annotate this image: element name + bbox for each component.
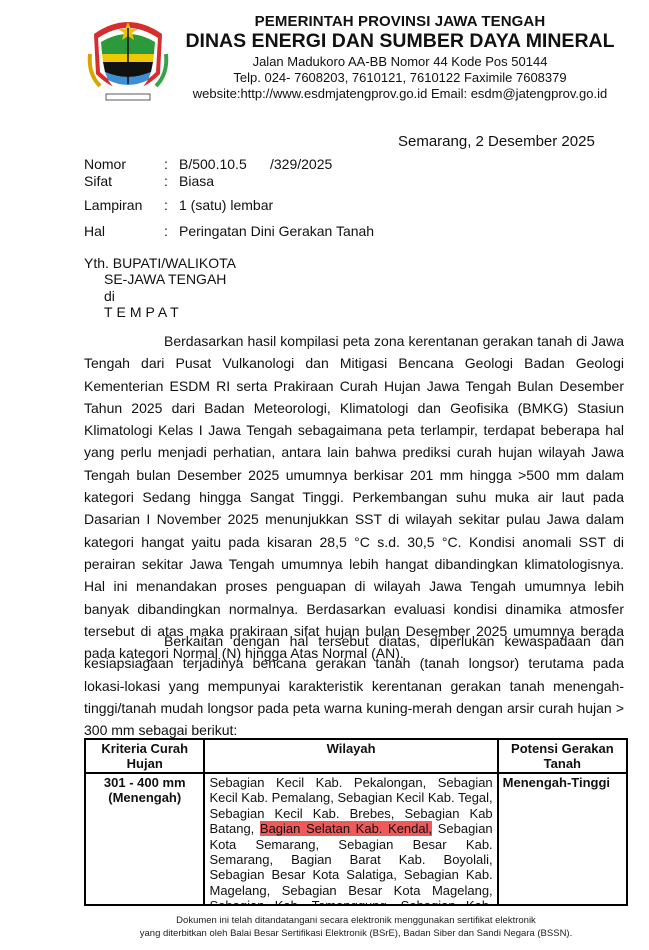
footer-line2: yang diterbitkan oleh Balai Besar Sertif… — [84, 927, 628, 940]
header-potensi: Potensi Gerakan Tanah — [498, 739, 627, 773]
cell-kriteria: 301 - 400 mm (Menengah) — [85, 773, 204, 906]
cell-wilayah: Sebagian Kecil Kab. Pekalongan, Sebagian… — [204, 773, 497, 906]
table-bottom-border — [84, 904, 628, 906]
header-wilayah: Wilayah — [204, 739, 497, 773]
kriteria-range: 301 - 400 mm — [90, 775, 199, 790]
e-signature-footer: Dokumen ini telah ditandatangani secara … — [84, 914, 628, 940]
kriteria-category: (Menengah) — [90, 790, 199, 805]
cell-potensi: Menengah-Tinggi — [498, 773, 627, 906]
footer-line1: Dokumen ini telah ditandatangani secara … — [84, 914, 628, 927]
rainfall-criteria-table: Kriteria Curah Hujan Wilayah Potensi Ger… — [84, 738, 628, 906]
wilayah-highlight: Bagian Selatan Kab. Kendal, — [260, 821, 432, 836]
header-kriteria: Kriteria Curah Hujan — [85, 739, 204, 773]
table-row: 301 - 400 mm (Menengah) Sebagian Kecil K… — [85, 773, 627, 906]
table-header-row: Kriteria Curah Hujan Wilayah Potensi Ger… — [85, 739, 627, 773]
